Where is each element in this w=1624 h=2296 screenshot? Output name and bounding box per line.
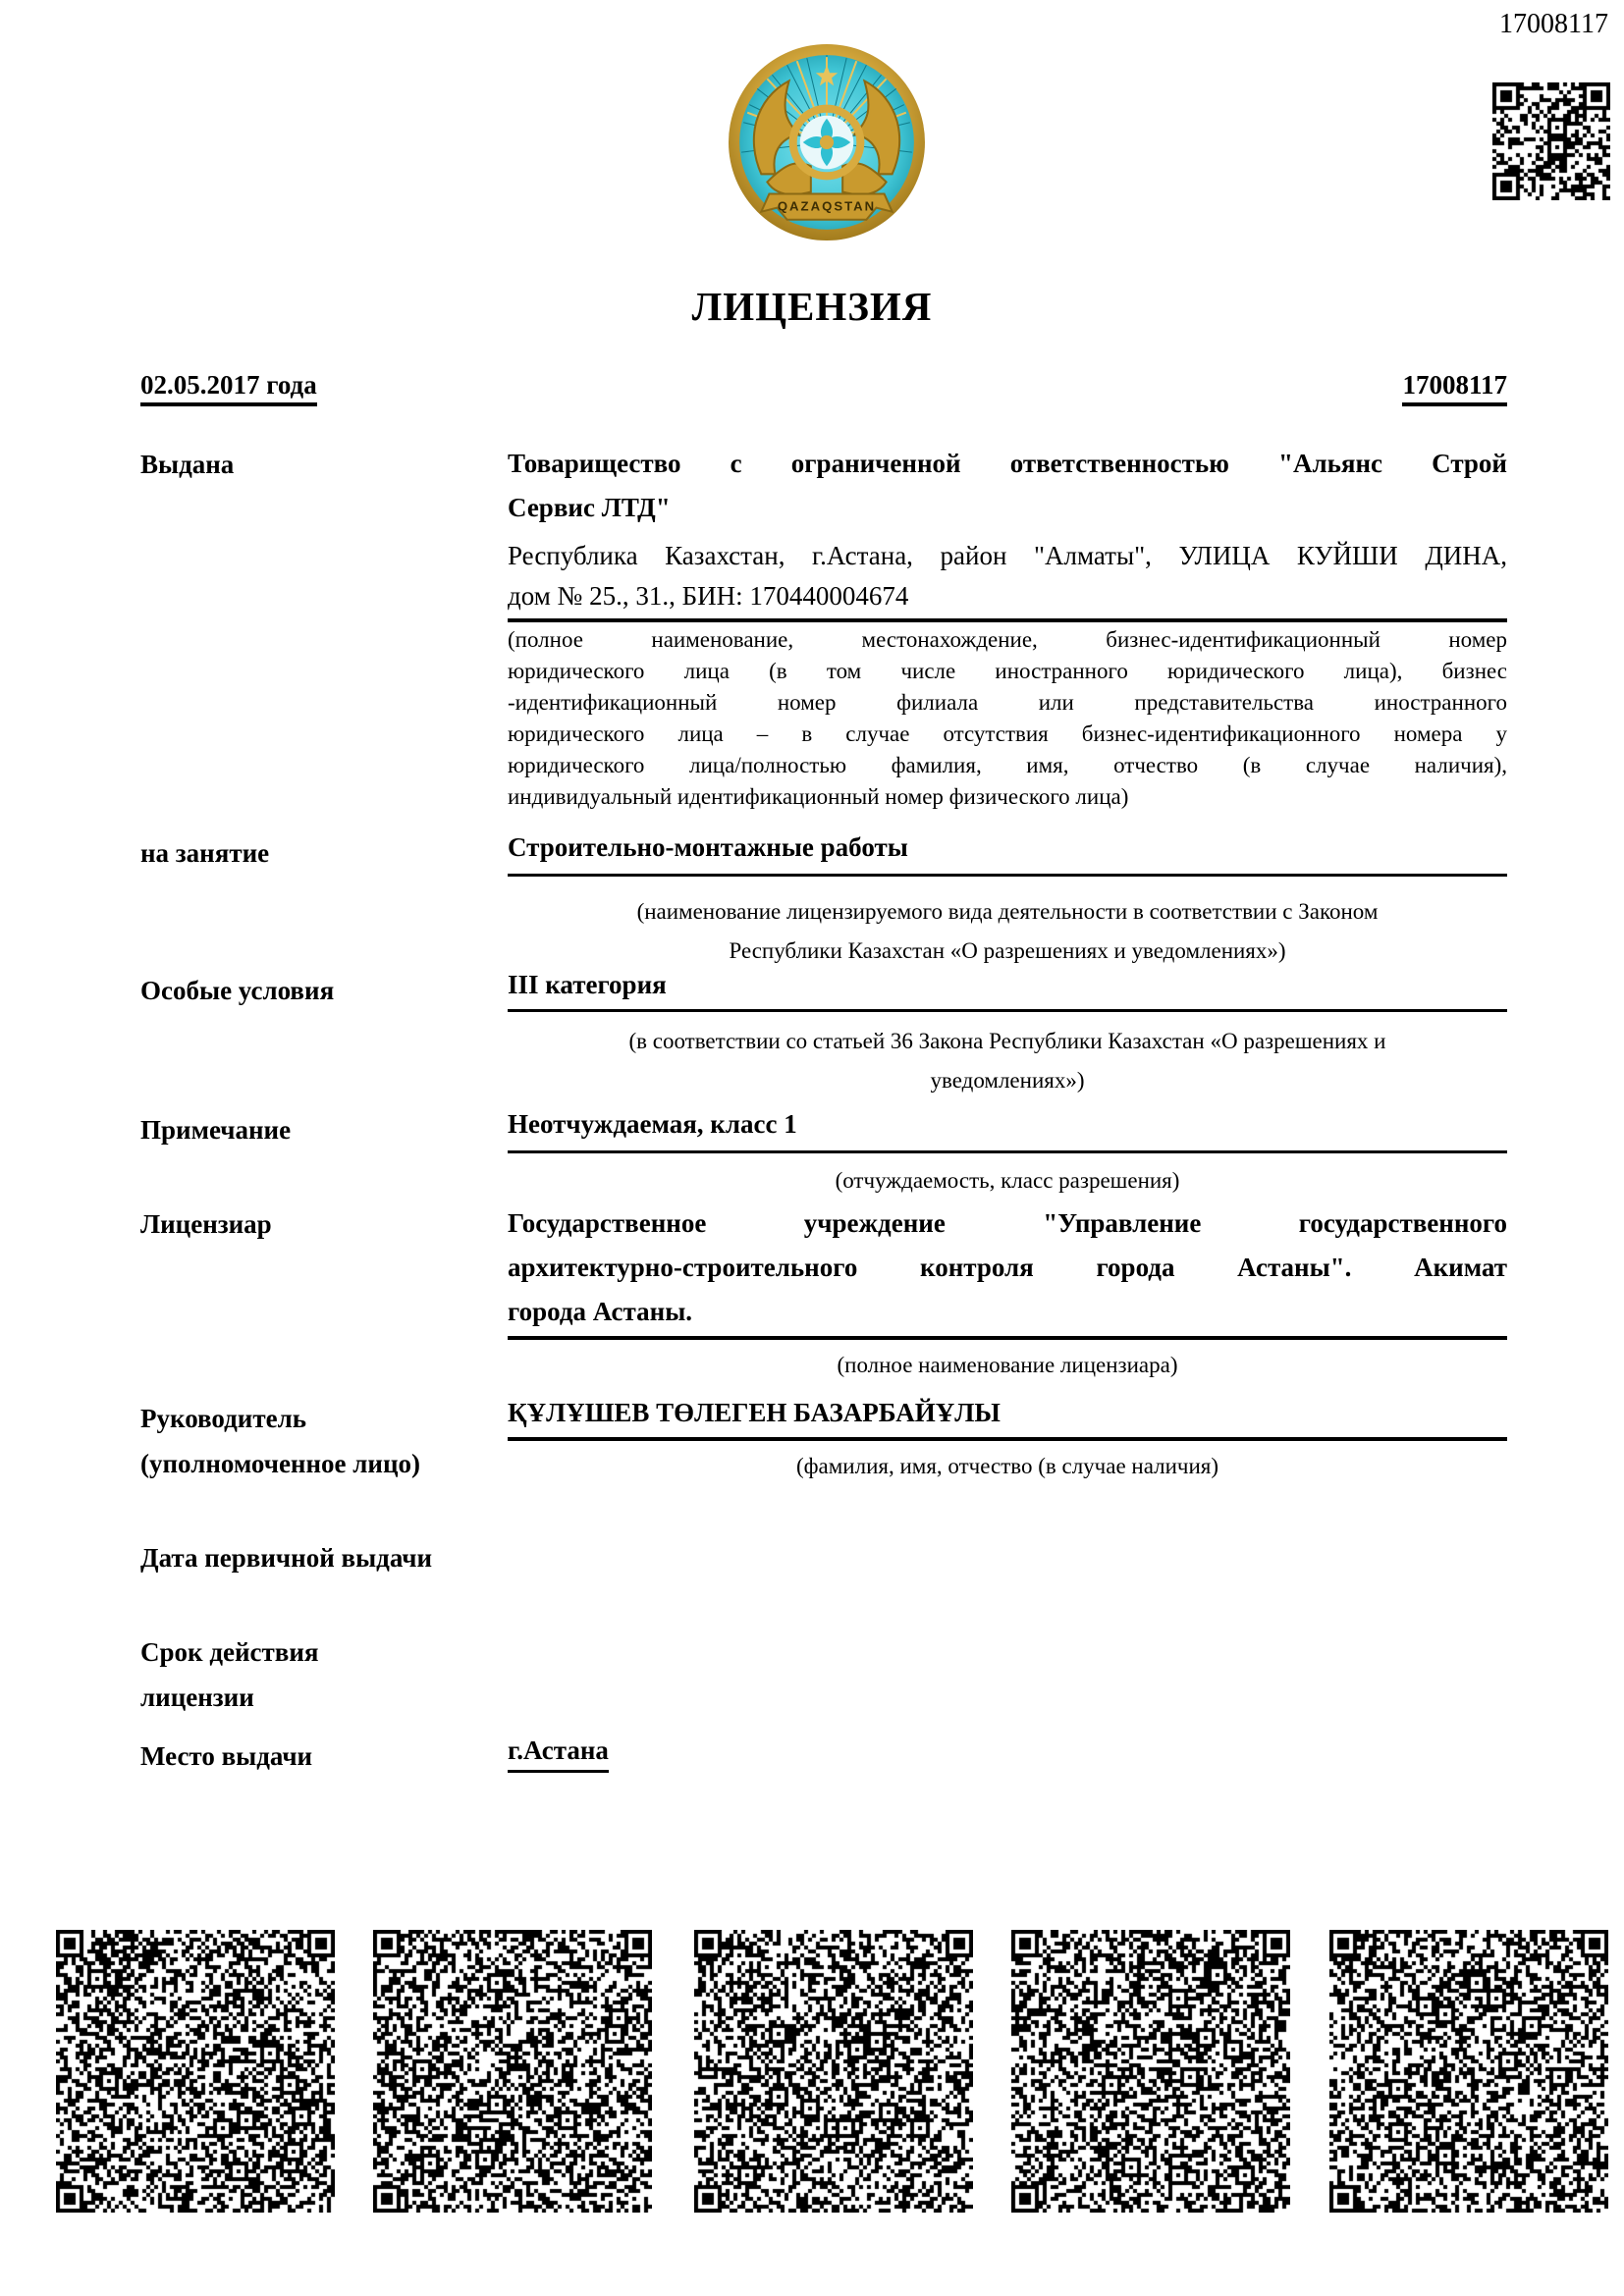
note-value: Неотчуждаемая, класс 1: [508, 1107, 1507, 1153]
barcode-2: [373, 1930, 652, 2213]
head-label: Руководитель(уполномоченное лицо): [140, 1396, 508, 1486]
special-conditions-label: Особые условия: [140, 968, 508, 1100]
licensor-note: (полное наименование лицензиара): [508, 1346, 1507, 1385]
field-licensor: Лицензиар Государственное учреждение "Уп…: [140, 1201, 1507, 1385]
date-row: 02.05.2017 года 17008117: [140, 369, 1507, 406]
place-of-issue-value: г.Астана: [508, 1734, 609, 1773]
barcode-5: [1329, 1930, 1608, 2213]
issued-to-note: (полное наименование, местонахождение, б…: [508, 624, 1507, 813]
head-value: ҚҰЛҰШЕВ ТӨЛЕГЕН БАЗАРБАЙҰЛЫ: [508, 1396, 1507, 1441]
issued-to-label: Выдана: [140, 442, 508, 813]
licensor-value: Государственное учреждение "Управление г…: [508, 1201, 1507, 1340]
barcode-4: [1011, 1930, 1290, 2213]
head-note: (фамилия, имя, отчество (в случае наличи…: [508, 1447, 1507, 1486]
note-label: Примечание: [140, 1107, 508, 1201]
emblem-banner-text: QAZAQSTAN: [778, 199, 876, 214]
field-special-conditions: Особые условия III категория (в соответс…: [140, 968, 1507, 1100]
activity-label: на занятие: [140, 830, 508, 971]
field-activity: на занятие Строительно-монтажные работы …: [140, 830, 1507, 971]
first-issue-date-label: Дата первичной выдачи: [140, 1535, 508, 1580]
barcode-1: [56, 1930, 335, 2213]
licensor-label: Лицензиар: [140, 1201, 508, 1385]
field-head: Руководитель(уполномоченное лицо) ҚҰЛҰШЕ…: [140, 1396, 1507, 1486]
first-issue-date-value: [508, 1535, 1507, 1580]
page-title: ЛИЦЕНЗИЯ: [0, 283, 1624, 330]
field-note: Примечание Неотчуждаемая, класс 1 (отчуж…: [140, 1107, 1507, 1201]
field-place-of-issue: Место выдачи г.Астана: [140, 1734, 1507, 1779]
place-of-issue-label: Место выдачи: [140, 1734, 508, 1779]
activity-value: Строительно-монтажные работы: [508, 830, 1507, 877]
kazakhstan-emblem-icon: QAZAQSTAN: [728, 43, 926, 241]
field-first-issue-date: Дата первичной выдачи: [140, 1535, 1507, 1580]
qr-code-icon: [1492, 82, 1610, 200]
note-note: (отчуждаемость, класс разрешения): [508, 1161, 1507, 1201]
activity-note: (наименование лицензируемого вида деятел…: [508, 892, 1507, 971]
special-conditions-note: (в соответствии со статьей 36 Закона Рес…: [508, 1022, 1507, 1100]
emblem-center-dot: [820, 135, 834, 149]
doc-number-top: 17008117: [1499, 8, 1608, 41]
barcode-3: [694, 1930, 973, 2213]
special-conditions-value: III категория: [508, 968, 1507, 1012]
validity-value: [508, 1629, 1507, 1720]
field-validity: Срок действиялицензии: [140, 1629, 1507, 1720]
field-issued-to: Выдана Товарищество с ограниченной ответ…: [140, 442, 1507, 813]
issue-date: 02.05.2017 года: [140, 369, 317, 406]
license-document: 17008117: [0, 0, 1624, 2296]
issued-to-address: Республика Казахстан, г.Астана, район "А…: [508, 536, 1507, 622]
validity-label: Срок действиялицензии: [140, 1629, 508, 1720]
issued-to-name: Товарищество с ограниченной ответственно…: [508, 442, 1507, 530]
license-number: 17008117: [1402, 369, 1507, 406]
